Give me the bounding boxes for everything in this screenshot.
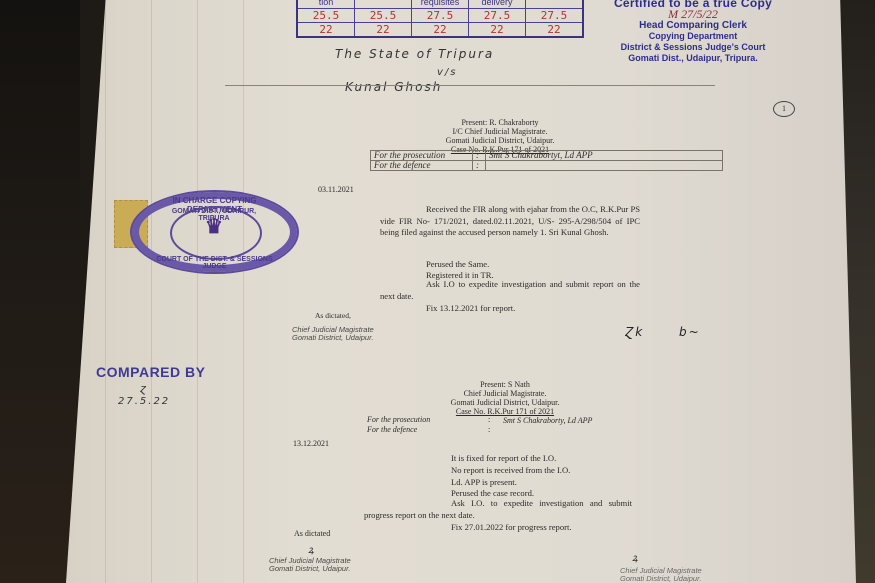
fee-year: 22 bbox=[412, 23, 469, 38]
fee-year: 22 bbox=[297, 23, 355, 38]
defence-label: For the defence bbox=[371, 161, 473, 171]
fee-date: 27.5 bbox=[469, 9, 526, 23]
certification-stamp: Certified to be a true Copy M 27/5/22 He… bbox=[598, 0, 788, 64]
certification-line2: Copying Department bbox=[598, 31, 788, 42]
entry2-designation: Chief Judicial Magistrate. bbox=[405, 389, 605, 398]
entry1-date: 03.11.2021 bbox=[318, 184, 354, 196]
background-left bbox=[0, 0, 80, 583]
entry2-signature-place: Gomati District, Udaipur. bbox=[269, 565, 351, 573]
entry2-signature: ꝝ bbox=[308, 542, 316, 556]
entry2-prosecution-value: Smt S Chakraborty, Ld APP bbox=[503, 415, 592, 427]
fee-table: tion requisites delivery 25.5 25.5 27.5 … bbox=[296, 0, 584, 38]
prosecution-label: For the prosecution bbox=[371, 151, 473, 161]
entry2-paragraph-5: Ask I.O. to expedite investigation and s… bbox=[364, 498, 632, 521]
entry1-designation: I/C Chief Judicial Magistrate. bbox=[400, 127, 600, 136]
entry2-right-signature: ꝝ bbox=[632, 550, 640, 564]
case-title-line1: The State of Tripura bbox=[335, 47, 494, 61]
case-title-line3: Kunal Ghosh bbox=[345, 80, 442, 94]
entry2-paragraph-6: Fix 27.01.2022 for progress report. bbox=[451, 521, 572, 533]
fee-date: 27.5 bbox=[526, 9, 584, 23]
entry2-present: Present: S Nath bbox=[405, 380, 605, 389]
certification-signature: M 27/5/22 bbox=[598, 9, 788, 20]
fee-date: 25.5 bbox=[355, 9, 412, 23]
seal-inner-text: GOMATI DIST., UDAIPUR, TRIPURA bbox=[168, 208, 260, 222]
entry1-paragraph-1: Received the FIR along with ejahar from … bbox=[380, 204, 640, 239]
fee-header: delivery bbox=[469, 0, 526, 9]
entry2-court: Gomati Judicial District, Udaipur. bbox=[405, 398, 605, 407]
entry1-signature-block: Chief Judicial Magistrate Gomati Distric… bbox=[292, 326, 374, 342]
entry1-parties-table: For the prosecution : Smt S Chakrabortyt… bbox=[370, 150, 723, 171]
defence-value bbox=[486, 161, 723, 171]
entry1-present: Present: R. Chakraborty bbox=[400, 118, 600, 127]
entry2-paragraph-1: It is fixed for report of the I.O. bbox=[451, 452, 556, 464]
initials-signature: Ɀk b~ bbox=[625, 325, 701, 339]
fee-header: requisites bbox=[412, 0, 469, 9]
certification-line1: Head Comparing Clerk bbox=[598, 20, 788, 31]
prosecution-value: Smt S Chakrabortyt, Ld APP bbox=[486, 151, 723, 161]
entry2-closing: As dictated bbox=[294, 528, 330, 540]
entry2-date: 13.12.2021 bbox=[293, 438, 329, 450]
fee-year: 22 bbox=[355, 23, 412, 38]
entry2-signature-block: Chief Judicial Magistrate Gomati Distric… bbox=[269, 557, 351, 573]
entry2-defence-label: For the defence bbox=[367, 424, 417, 436]
compared-by-stamp: COMPARED BY bbox=[96, 364, 205, 380]
certification-line4: Gomati Dist., Udaipur, Tripura. bbox=[598, 53, 788, 64]
entry2-header: Present: S Nath Chief Judicial Magistrat… bbox=[405, 380, 605, 416]
fee-header bbox=[526, 0, 584, 9]
fee-year: 22 bbox=[526, 23, 584, 38]
compared-by-date: 27.5.22 bbox=[118, 396, 170, 407]
court-seal: IN CHARGE COPYING DEPARTMENT ♛ GOMATI DI… bbox=[130, 190, 299, 274]
entry2-right-signature-place: Gomati District, Udaipur. bbox=[620, 575, 702, 583]
fee-date: 25.5 bbox=[297, 9, 355, 23]
entry2-right-signature-block: Chief Judicial Magistrate Gomati Distric… bbox=[620, 567, 702, 583]
case-title-line2: v/s bbox=[437, 67, 458, 78]
fee-header bbox=[355, 0, 412, 9]
fee-date: 27.5 bbox=[412, 9, 469, 23]
certification-line3: District & Sessions Judge's Court bbox=[598, 42, 788, 53]
entry1-closing: As dictated, bbox=[315, 310, 351, 322]
entry1-paragraph-5: Fix 13.12.2021 for report. bbox=[426, 302, 515, 314]
page-number: 1 bbox=[773, 101, 795, 117]
entry1-court: Gomati Judicial District, Udaipur. bbox=[400, 136, 600, 145]
divider-line bbox=[225, 85, 715, 86]
compared-by-signature: ɀ bbox=[140, 382, 148, 395]
entry1-signature-place: Gomati District, Udaipur. bbox=[292, 334, 374, 342]
margin-fold-lines bbox=[85, 0, 265, 583]
entry1-header: Present: R. Chakraborty I/C Chief Judici… bbox=[400, 118, 600, 154]
entry2-paragraph-2: No report is received from the I.O. bbox=[451, 464, 570, 476]
fee-year: 22 bbox=[469, 23, 526, 38]
fee-header: tion bbox=[297, 0, 355, 9]
entry1-paragraph-4: Ask I.O to expedite investigation and su… bbox=[380, 279, 640, 302]
seal-bottom-text: COURT OF THE DIST. & SESSIONS JUDGE bbox=[152, 256, 277, 270]
